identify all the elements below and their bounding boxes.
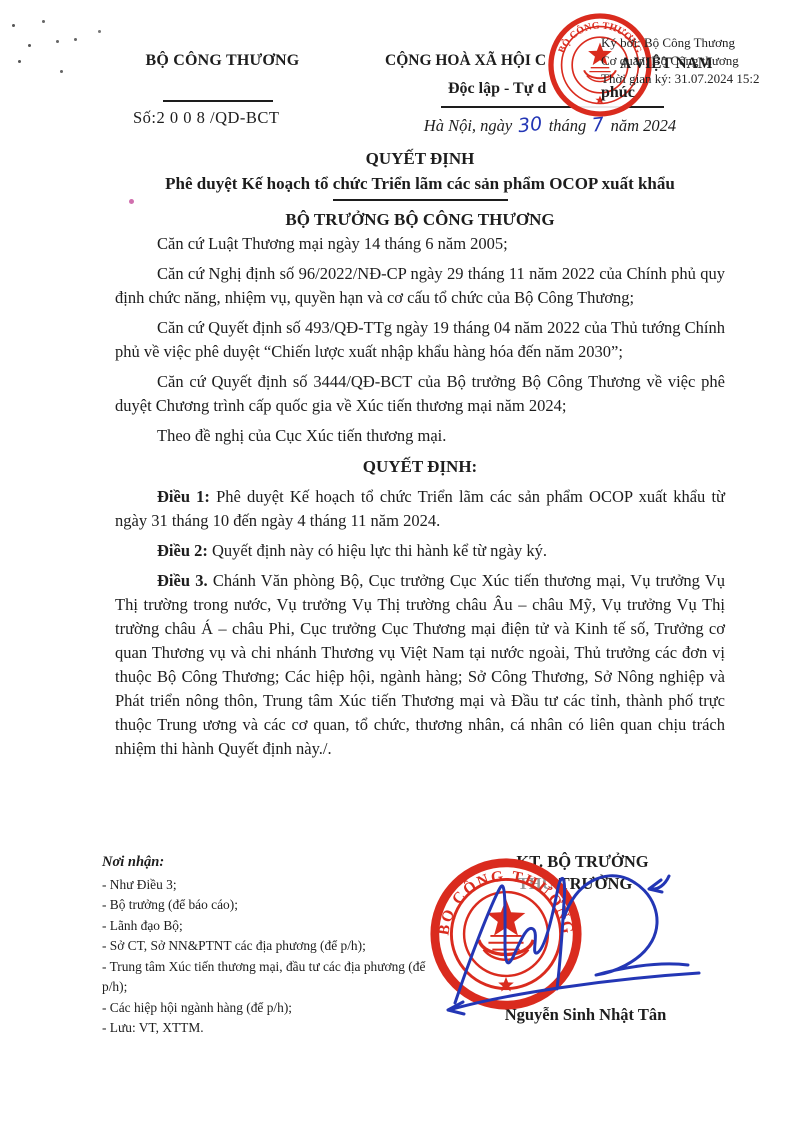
document-title: QUYẾT ĐỊNH xyxy=(115,146,725,171)
document-body: QUYẾT ĐỊNH Phê duyệt Kế hoạch tổ chức Tr… xyxy=(115,146,725,767)
decision-heading: QUYẾT ĐỊNH: xyxy=(115,454,725,479)
handwritten-signature xyxy=(425,856,715,1024)
article-3-text: Chánh Văn phòng Bộ, Cục trưởng Cục Xúc t… xyxy=(115,571,725,758)
article-2-label: Điều 2: xyxy=(157,541,208,560)
article-2: Điều 2: Quyết định này có hiệu lực thi h… xyxy=(115,539,725,563)
preamble-paragraph: Căn cứ Quyết định số 493/QĐ-TTg ngày 19 … xyxy=(115,316,725,364)
recipient-item: - Lưu: VT, XTTM. xyxy=(102,1018,432,1039)
signed-by: Ký bởi: Bộ Công Thương xyxy=(601,34,800,52)
issuer-underline xyxy=(163,100,273,102)
preamble-paragraph: Căn cứ Nghị định số 96/2022/NĐ-CP ngày 2… xyxy=(115,262,725,310)
recipient-item: - Trung tâm Xúc tiến thương mại, đầu tư … xyxy=(102,957,432,998)
recipient-item: - Các hiệp hội ngành hàng (để p/h); xyxy=(102,998,432,1019)
preamble-paragraph: Theo đề nghị của Cục Xúc tiến thương mại… xyxy=(115,424,725,448)
date-prefix: Hà Nội, ngày xyxy=(424,116,512,135)
issuing-agency: BỘ CÔNG THƯƠNG xyxy=(120,52,325,70)
recipients-block: Nơi nhận: - Như Điều 3; - Bộ trưởng (để … xyxy=(102,852,432,1039)
preamble-paragraph: Căn cứ Quyết định số 3444/QĐ-BCT của Bộ … xyxy=(115,370,725,418)
article-1-label: Điều 1: xyxy=(157,487,210,506)
signing-time: Thời gian ký: 31.07.2024 15:2 xyxy=(601,70,800,88)
recipients-list: - Như Điều 3; - Bộ trưởng (để báo cáo); … xyxy=(102,875,432,1039)
recipient-item: - Sở CT, Sở NN&PTNT các địa phương (để p… xyxy=(102,936,432,957)
recipient-item: - Lãnh đạo Bộ; xyxy=(102,916,432,937)
preamble-paragraph: Căn cứ Luật Thương mại ngày 14 tháng 6 n… xyxy=(115,232,725,256)
article-1: Điều 1: Phê duyệt Kế hoạch tổ chức Triển… xyxy=(115,485,725,533)
article-3: Điều 3. Chánh Văn phòng Bộ, Cục trưởng C… xyxy=(115,569,725,761)
year-label: năm 2024 xyxy=(611,116,677,135)
document-number: Số:2 0 0 8 /QD-BCT xyxy=(133,108,280,128)
national-motto-line1-left: CỘNG HOÀ XÃ HỘI C xyxy=(385,52,546,70)
signing-agency: Cơ quan: Bộ Công thương xyxy=(601,52,800,70)
subject-underline xyxy=(333,199,508,201)
recipient-item: - Như Điều 3; xyxy=(102,875,432,896)
article-3-label: Điều 3. xyxy=(157,571,208,590)
recipient-item: - Bộ trưởng (để báo cáo); xyxy=(102,895,432,916)
national-motto-line2-left: Độc lập - Tự d xyxy=(448,80,546,98)
article-2-text: Quyết định này có hiệu lực thi hành kể t… xyxy=(212,541,547,560)
month-label: tháng xyxy=(549,116,587,135)
digital-signature-info: Ký bởi: Bộ Công Thương Cơ quan: Bộ Công … xyxy=(601,34,800,88)
handwritten-day: 30 xyxy=(517,113,543,137)
scan-noise xyxy=(12,24,15,27)
issuing-authority: BỘ TRƯỞNG BỘ CÔNG THƯƠNG xyxy=(115,207,725,232)
document-page: BỘ CÔNG THƯƠNG Số:2 0 0 8 /QD-BCT CỘNG H… xyxy=(0,0,800,1130)
recipients-heading: Nơi nhận: xyxy=(102,852,432,873)
document-subject: Phê duyệt Kế hoạch tổ chức Triển lãm các… xyxy=(115,171,725,196)
